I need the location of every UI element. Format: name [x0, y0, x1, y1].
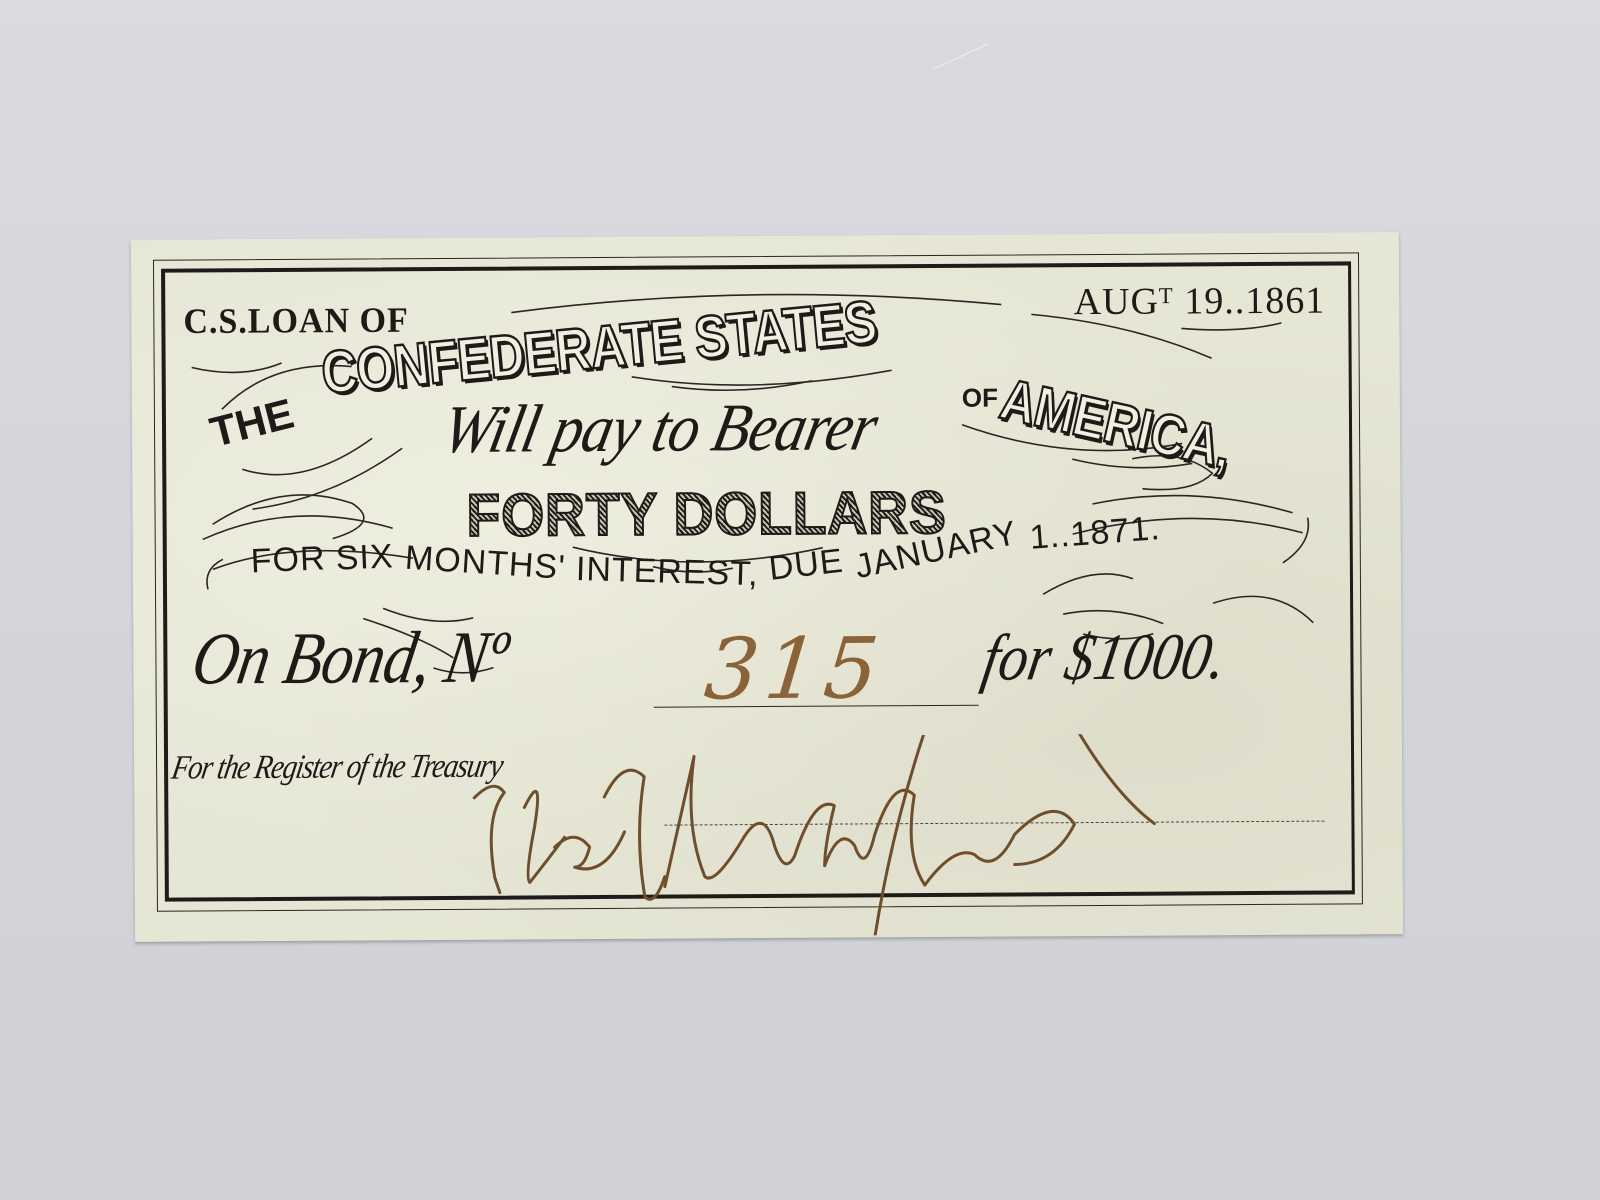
interest-line: FOR SIX MONTHS' INTEREST, DUE JANUARY 1.…	[251, 534, 1161, 579]
bond-number: 315	[701, 619, 889, 718]
bond-prefix: On Bond, Nº	[186, 616, 513, 703]
bond-amount: for $1000.	[977, 619, 1232, 697]
background-crease	[933, 43, 996, 87]
promise-text: Will pay to Bearer	[436, 387, 884, 469]
bond-coupon: C.S.LOAN OF AUGᵀ 19..1861 THE CONFEDERAT…	[131, 232, 1403, 942]
title-of: OF	[962, 383, 998, 414]
signature	[454, 732, 1355, 937]
title-the: THE	[205, 389, 298, 456]
